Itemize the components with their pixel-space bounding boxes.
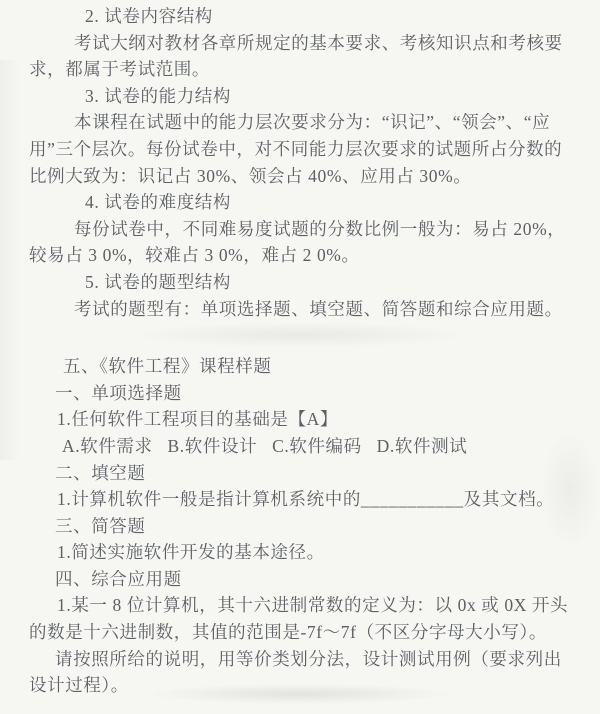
heading-comprehensive: 四、综合应用题 — [0, 566, 600, 593]
paragraph-line: 设计过程）。 — [0, 672, 600, 699]
heading-question-type-structure: 5. 试卷的题型结构 — [0, 269, 600, 296]
section-gap — [0, 322, 600, 353]
heading-fill-blank: 二、填空题 — [0, 460, 600, 487]
paragraph-line: 的数是十六进制数，其值的范围是-7f～7f（不区分字母大小写）。 — [0, 619, 600, 646]
paragraph-line: 本课程在试题中的能力层次要求分为：“识记”、“领会”、“应 — [0, 109, 600, 136]
short-answer-question-line: 1.简述实施软件开发的基本途径。 — [0, 539, 600, 566]
heading-multiple-choice: 一、单项选择题 — [0, 380, 600, 407]
paragraph-line: 比例大致为：识记占 30%、领会占 40%、应用占 30%。 — [0, 163, 600, 190]
paragraph-line: 考试大纲对教材各章所规定的基本要求、考核知识点和考核要 — [0, 30, 600, 57]
multiple-choice-question-line: 1.任何软件工程项目的基础是【A】 — [0, 406, 600, 433]
heading-short-answer: 三、简答题 — [0, 513, 600, 540]
heading-content-structure: 2. 试卷内容结构 — [0, 3, 600, 30]
document-page: 2. 试卷内容结构 考试大纲对教材各章所规定的基本要求、考核知识点和考核要 求，… — [0, 0, 600, 714]
document-body: 2. 试卷内容结构 考试大纲对教材各章所规定的基本要求、考核知识点和考核要 求，… — [0, 3, 600, 699]
paragraph-line: 用”三个层次。每份试卷中，对不同能力层次要求的试题所占分数的 — [0, 136, 600, 163]
choice-options-line: A.软件需求 B.软件设计 C.软件编码 D.软件测试 — [0, 433, 600, 460]
heading-ability-structure: 3. 试卷的能力结构 — [0, 83, 600, 110]
heading-sample-questions: 五、《软件工程》课程样题 — [0, 353, 600, 380]
comprehensive-question-line: 1.某一 8 位计算机，其十六进制常数的定义为：以 0x 或 0X 开头 — [0, 592, 600, 619]
paragraph-line: 每份试卷中，不同难易度试题的分数比例一般为：易占 20%， — [0, 216, 600, 243]
heading-difficulty-structure: 4. 试卷的难度结构 — [0, 189, 600, 216]
paragraph-line: 请按照所给的说明，用等价类划分法，设计测试用例（要求列出 — [0, 646, 600, 673]
paragraph-line: 求，都属于考试范围。 — [0, 56, 600, 83]
paragraph-line: 考试的题型有：单项选择题、填空题、简答题和综合应用题。 — [0, 296, 600, 323]
fill-blank-question-line: 1.计算机软件一般是指计算机系统中的___________及其文档。 — [0, 486, 600, 513]
paragraph-line: 较易占 3 0%，较难占 3 0%，难占 2 0%。 — [0, 242, 600, 269]
